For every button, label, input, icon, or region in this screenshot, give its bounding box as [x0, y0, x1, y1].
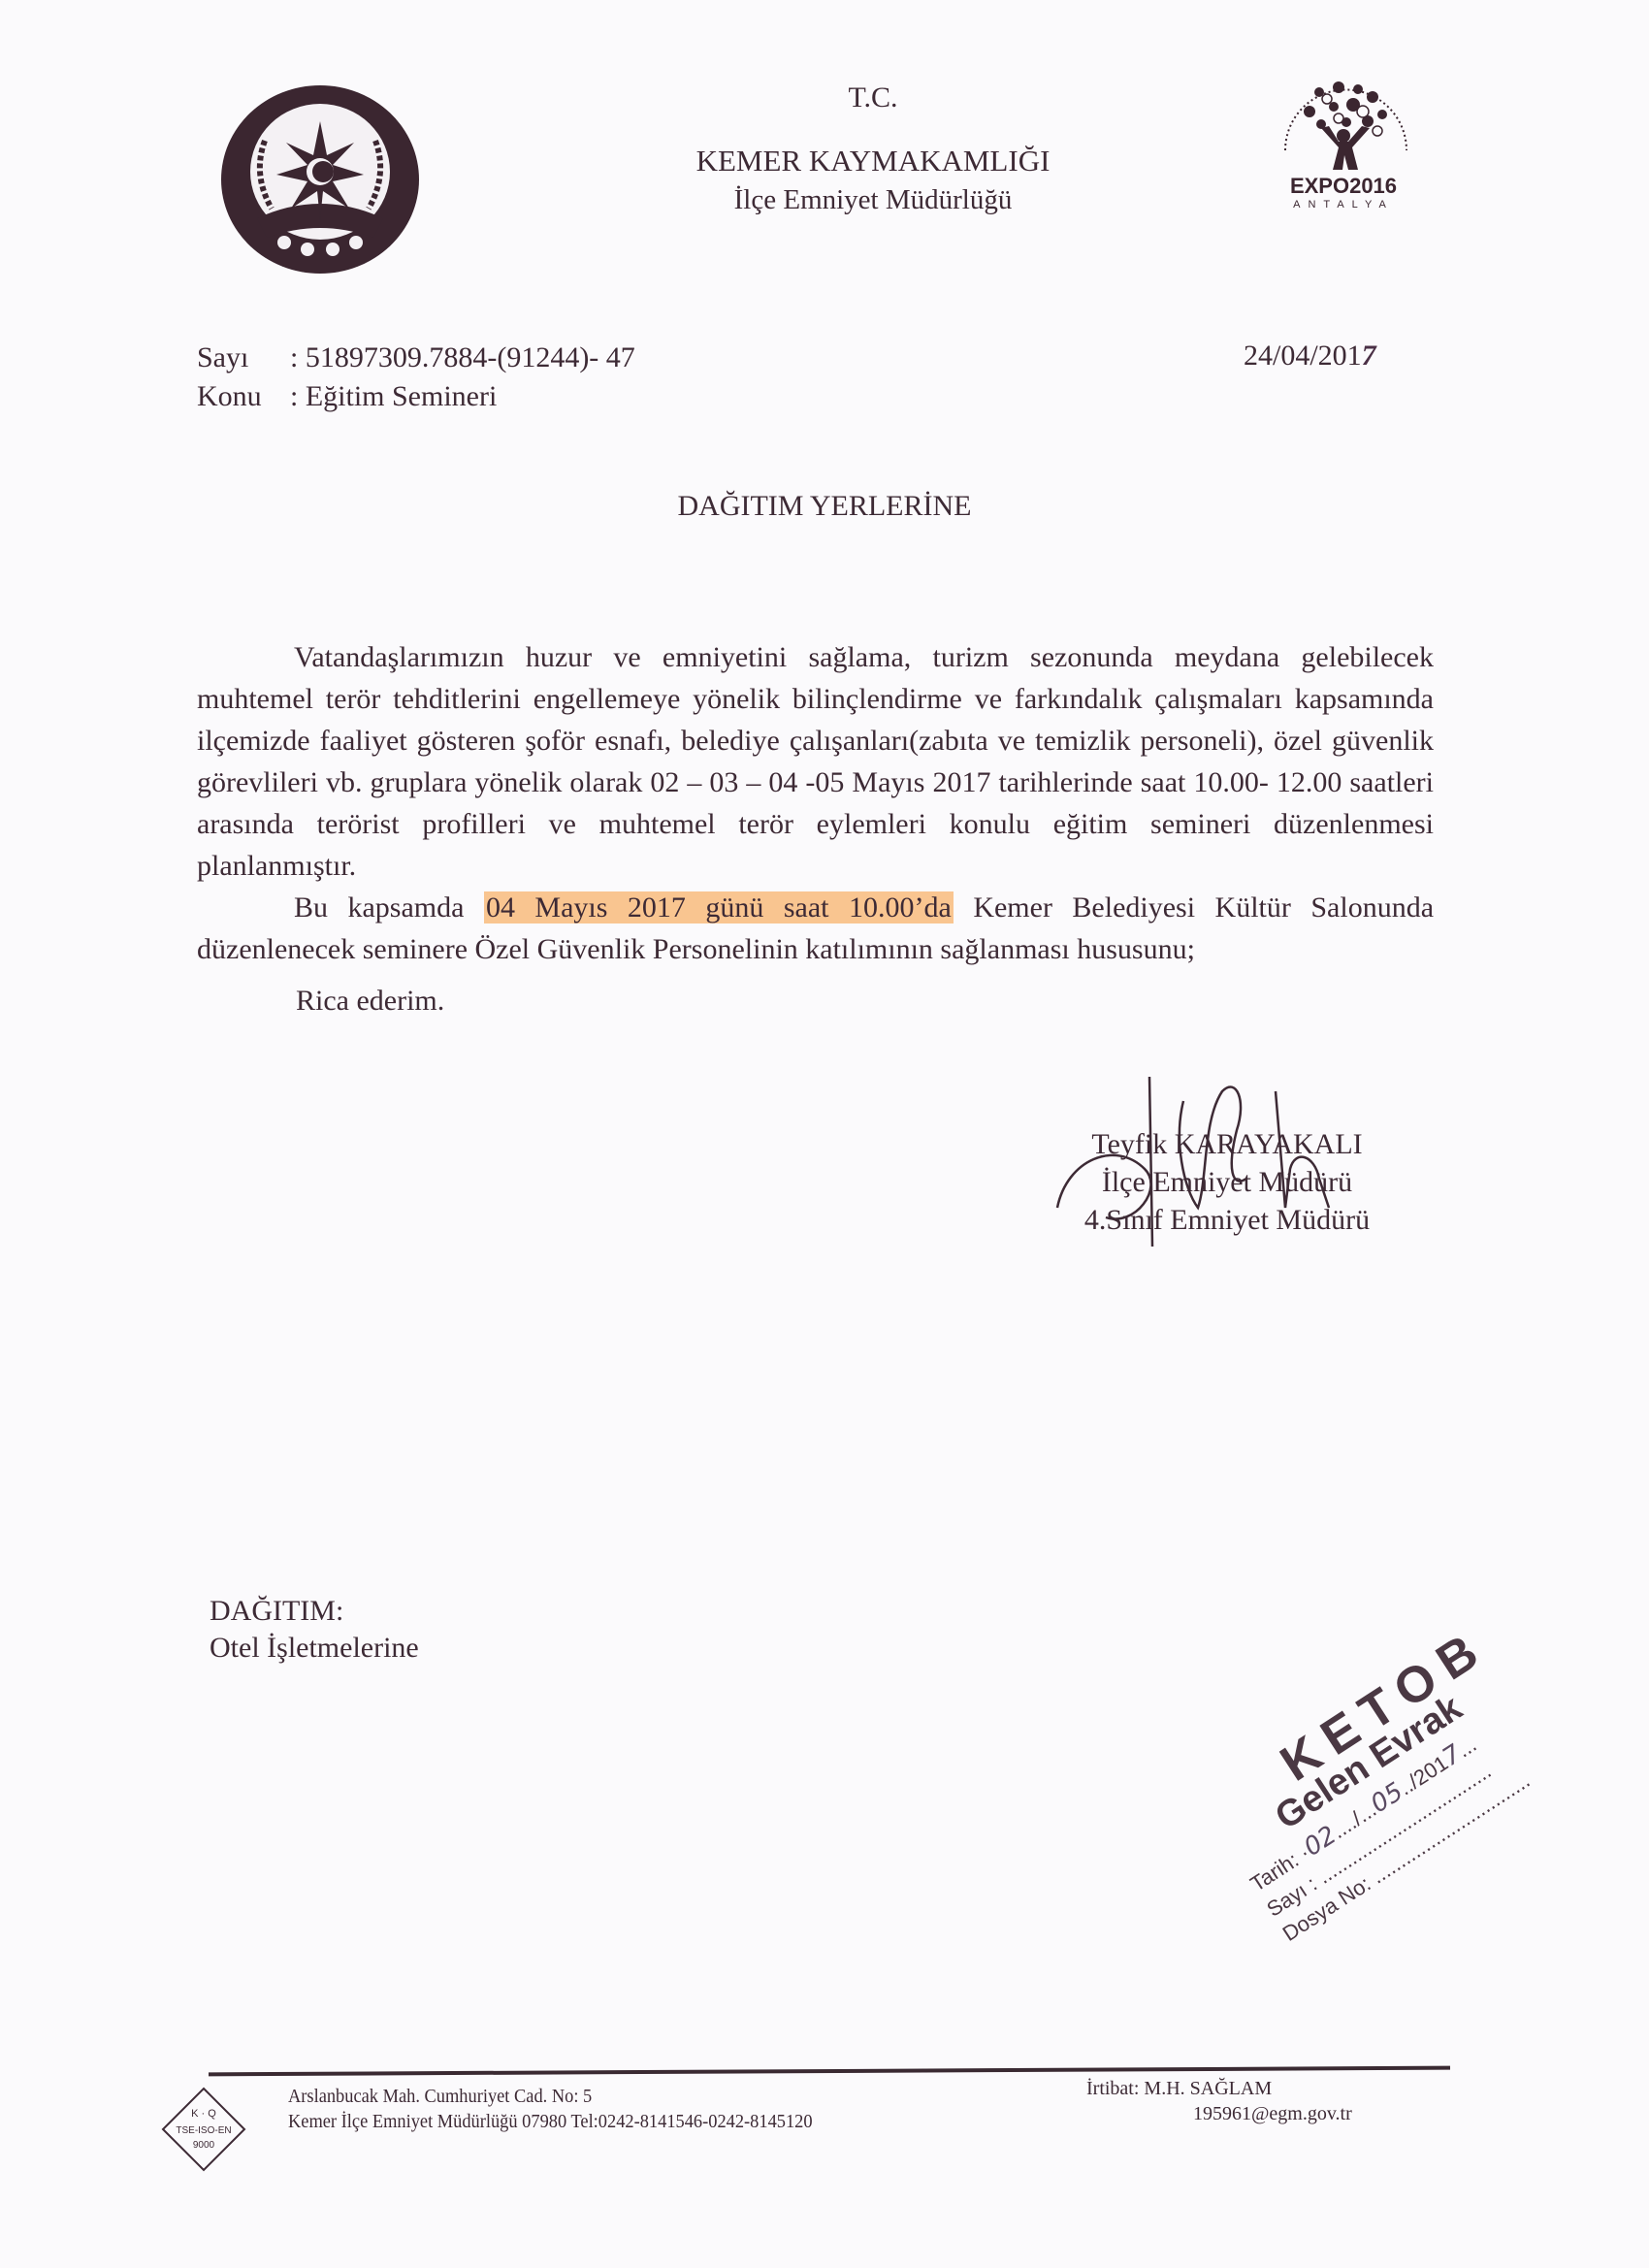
- konu-label: Konu: [197, 380, 290, 413]
- contact-email[interactable]: 195961@egm.gov.tr: [1086, 2101, 1352, 2126]
- footer-divider: [209, 2066, 1450, 2077]
- expo-title: EXPO2016: [1261, 174, 1426, 199]
- tse-iso-certification-badge: K · Q TSE-ISO-EN 9000: [160, 2086, 247, 2178]
- cert-line-1: K · Q: [191, 2108, 216, 2120]
- body-paragraph-1: Vatandaşlarımızın huzur ve emniyetini sa…: [197, 636, 1434, 887]
- letter-body: Vatandaşlarımızın huzur ve emniyetini sa…: [197, 636, 1434, 970]
- footer-address: Arslanbucak Mah. Cumhuriyet Cad. No: 5 K…: [288, 2084, 813, 2134]
- distribution-recipient: Otel İşletmelerine: [210, 1630, 419, 1667]
- expo-2016-logo: EXPO2016 ANTALYA: [1261, 58, 1426, 211]
- konu-value: : Eğitim Semineri: [290, 380, 497, 412]
- address-line-2: Kemer İlçe Emniyet Müdürlüğü 07980 Tel:0…: [288, 2109, 813, 2134]
- footer-contact: İrtibat: M.H. SAĞLAM 195961@egm.gov.tr: [1086, 2076, 1352, 2126]
- recipients-title: DAĞITIM YERLERİNE: [0, 490, 1649, 523]
- signer-title: İlçe Emniyet Müdürü: [1062, 1163, 1392, 1201]
- highlighted-date-time: 04 Mayıs 2017 günü saat 10.00’da: [484, 891, 954, 923]
- signer-name: Teyfik KARAYAKALI: [1062, 1125, 1392, 1163]
- sayi-value: : 51897309.7884-(91244)- 47: [290, 341, 635, 373]
- cert-line-3: 9000: [193, 2140, 215, 2151]
- signature-block: Teyfik KARAYAKALI İlçe Emniyet Müdürü 4.…: [1062, 1125, 1392, 1239]
- distribution-label: DAĞITIM:: [210, 1593, 419, 1630]
- document-date: 24/04/2017: [1244, 340, 1376, 373]
- contact-person: İrtibat: M.H. SAĞLAM: [1086, 2076, 1352, 2101]
- distribution-block: DAĞITIM: Otel İşletmelerine: [210, 1593, 419, 1667]
- cert-line-2: TSE-ISO-EN: [176, 2125, 231, 2136]
- date-text: 24/04/201: [1244, 340, 1362, 372]
- paragraph2-lead: Bu kapsamda: [294, 891, 484, 923]
- subject-row: Konu: Eğitim Semineri: [197, 380, 497, 413]
- date-handwritten-digit: 7: [1362, 340, 1376, 372]
- address-line-1: Arslanbucak Mah. Cumhuriyet Cad. No: 5: [288, 2084, 813, 2109]
- closing-text: Rica ederim.: [296, 985, 444, 1018]
- incoming-document-stamp: KETOB Gelen Evrak Tarih: ·02..../...05..…: [1193, 1617, 1566, 1947]
- reference-number-row: Sayı: 51897309.7884-(91244)- 47: [197, 341, 635, 374]
- sayi-label: Sayı: [197, 341, 290, 374]
- signer-rank: 4.Sınıf Emniyet Müdürü: [1062, 1201, 1392, 1239]
- expo-subtitle: ANTALYA: [1261, 199, 1426, 211]
- body-paragraph-2: Bu kapsamda 04 Mayıs 2017 günü saat 10.0…: [197, 887, 1434, 970]
